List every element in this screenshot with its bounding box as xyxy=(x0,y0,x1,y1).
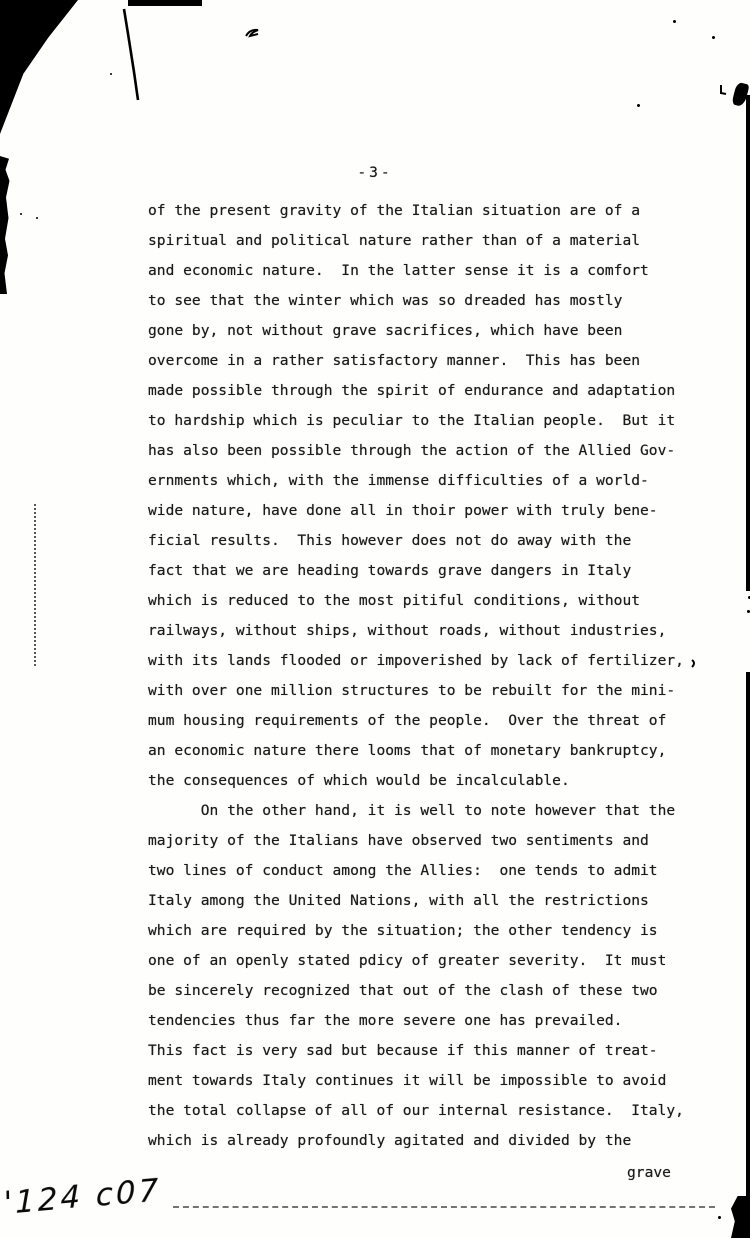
speck-artifact xyxy=(712,36,715,39)
text-line: which is already profoundly agitated and… xyxy=(148,1126,708,1156)
text-line: gone by, not without grave sacrifices, w… xyxy=(148,316,708,346)
handwritten-annotation: '124 c07 xyxy=(3,1168,203,1222)
text-line: to see that the winter which was so drea… xyxy=(148,286,708,316)
text-line: the consequences of which would be incal… xyxy=(148,766,708,796)
text-line: be sincerely recognized that out of the … xyxy=(148,976,708,1006)
speck-artifact xyxy=(36,217,38,219)
speck-artifact xyxy=(718,1216,721,1219)
text-line: wide nature, have done all in thoir powe… xyxy=(148,496,708,526)
right-edge-line-artifact xyxy=(746,95,750,591)
pen-squiggle-artifact xyxy=(246,30,258,36)
text-line: the total collapse of all of our interna… xyxy=(148,1096,708,1126)
top-edge-bar-artifact xyxy=(128,0,202,6)
corner-fold-artifact xyxy=(0,0,78,134)
text-line: overcome in a rather satisfactory manner… xyxy=(148,346,708,376)
speck-artifact xyxy=(637,104,640,107)
speck-artifact xyxy=(673,20,676,23)
text-line: made possible through the spirit of endu… xyxy=(148,376,708,406)
text-line: two lines of conduct among the Allies: o… xyxy=(148,856,708,886)
diagonal-scratch-artifact xyxy=(124,9,138,100)
text-line: ernments which, with the immense difficu… xyxy=(148,466,708,496)
text-line: one of an openly stated pdicy of greater… xyxy=(148,946,708,976)
text-line: and economic nature. In the latter sense… xyxy=(148,256,708,286)
text-line: mum housing requirements of the people. … xyxy=(148,706,708,736)
catchword: grave xyxy=(627,1163,671,1183)
speck-artifact xyxy=(20,213,22,215)
right-corner-blob-artifact xyxy=(731,1196,750,1238)
text-line: of the present gravity of the Italian si… xyxy=(148,196,708,226)
speck-artifact xyxy=(110,73,112,75)
text-line: majority of the Italians have observed t… xyxy=(148,826,708,856)
text-line: with its lands flooded or impoverished b… xyxy=(148,646,708,676)
text-line: has also been possible through the actio… xyxy=(148,436,708,466)
text-line: which are required by the situation; the… xyxy=(148,916,708,946)
text-line: ficial results. This however does not do… xyxy=(148,526,708,556)
text-line: Italy among the United Nations, with all… xyxy=(148,886,708,916)
text-line: tendencies thus far the more severe one … xyxy=(148,1006,708,1036)
text-line: This fact is very sad but because if thi… xyxy=(148,1036,708,1066)
text-line: with over one million structures to be r… xyxy=(148,676,708,706)
text-line: fact that we are heading towards grave d… xyxy=(148,556,708,586)
scanned-document-page: -3- of the present gravity of the Italia… xyxy=(0,0,750,1238)
bottom-dashed-line-artifact xyxy=(173,1206,715,1208)
body-text: of the present gravity of the Italian si… xyxy=(148,196,708,1156)
text-line: railways, without ships, without roads, … xyxy=(148,616,708,646)
page-number: -3- xyxy=(0,164,750,181)
text-line: which is reduced to the most pitiful con… xyxy=(148,586,708,616)
text-line: an economic nature there looms that of m… xyxy=(148,736,708,766)
text-line: ment towards Italy continues it will be … xyxy=(148,1066,708,1096)
right-edge-line-artifact xyxy=(746,672,750,1238)
text-line: to hardship which is peculiar to the Ita… xyxy=(148,406,708,436)
text-line: spiritual and political nature rather th… xyxy=(148,226,708,256)
left-dotted-line-artifact xyxy=(34,504,36,666)
small-mark-artifact xyxy=(721,85,726,94)
text-line: On the other hand, it is well to note ho… xyxy=(148,796,708,826)
